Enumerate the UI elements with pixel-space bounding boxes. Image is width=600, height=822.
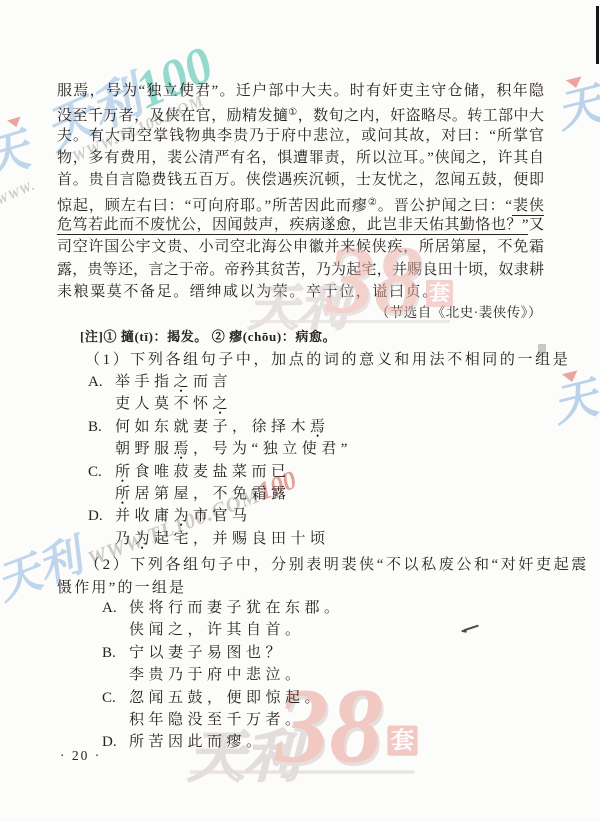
scanned-exam-page: 天利100 WWW.TL100.COM 天 WWW. 天利WWW.TL100.C…: [0, 0, 600, 822]
option-text: 乃为起宅，并赐良田十顷: [115, 531, 330, 547]
option-d-line2: 乃为起宅，并赐良田十顷: [88, 528, 352, 550]
tianli-tao-badge: 套: [387, 726, 417, 756]
tianli-url-text: WWW.: [0, 176, 41, 209]
option-d-line1: D.并收庸为市官马: [88, 505, 352, 527]
option-text: 并收庸为市官马: [115, 508, 252, 524]
option-text: 吏人莫不怀之: [115, 396, 232, 412]
option-label: A.: [102, 597, 129, 619]
option-text: 朝野服焉，号为“独立使君”: [115, 441, 352, 457]
option-label: A.: [88, 371, 115, 393]
passage-line: 露，贵等还，言之于帝。帝矜其贫苦，乃为起宅，并赐良田十顷，奴隶耕: [57, 259, 544, 281]
option-label: D.: [102, 731, 129, 753]
tianli-watermark-right-edge: 天: [549, 68, 600, 141]
passage-line: 司空许国公宇文贵、小司空北海公申徽并来候侠疾，所居第屋，不免霜: [57, 236, 544, 258]
option-text: 侠将行而妻子犹在东郡。: [129, 600, 344, 616]
passage-line: 服焉，号为“独立使君”。迁户部中大夫。时有奸吏主守仓储，积年隐: [57, 80, 544, 102]
passage-line: 没至千万者，及侠在官，励精发擿①，数旬之内，奸盗略尽。转工部中大: [57, 102, 544, 124]
option-c-line1: C.忽闻五鼓，便即惊起。: [102, 687, 344, 709]
question-2-options: A.侠将行而妻子犹在东郡。侠闻之，许其自首。B.宁以妻子易图也？李贵乃于府中悲泣…: [102, 597, 344, 754]
option-text: 积年隐没至千万者。: [129, 712, 305, 728]
passage-line: 夫。有大司空掌钱物典李贵乃于府中悲泣，或问其故，对曰：“所掌官: [57, 125, 544, 147]
tianli-watermark-right-edge: 天: [545, 362, 600, 435]
option-a-line1: A.侠将行而妻子犹在东郡。: [102, 597, 344, 619]
passage-source: （节选自《北史·裴侠传》）: [376, 301, 542, 321]
question-2-stem-line1: （2）下列各组句子中，分别表明裴侠“不以私废公和“对奸吏起震: [85, 553, 589, 574]
passage-line: 危笃若此而不废忧公，因闻鼓声，疾病遂愈，此岂非天佑其勤恪也？”又: [57, 214, 544, 236]
classical-passage: 服焉，号为“独立使君”。迁户部中大夫。时有奸吏主守仓储，积年隐没至千万者，及侠在…: [57, 80, 544, 303]
option-label: C.: [102, 687, 129, 709]
tianli-triangle-icon: [562, 370, 580, 384]
tianli-watermark-left-edge: 天 WWW.: [0, 113, 41, 206]
option-b-line2: 李贵乃于府中悲泣。: [102, 664, 344, 686]
passage-line: 物，多有费用，裴公清严有名，惧遭罪责，所以泣耳。”侠闻之，许其自: [57, 147, 544, 169]
tianli-logo-text: 天利: [0, 532, 89, 609]
option-b-line2: 朝野服焉，号为“独立使君”: [88, 438, 352, 460]
footnote: [注]① 擿(tī)：揭发。 ② 瘳(chōu)：病愈。: [80, 326, 336, 345]
passage-line: 首。贵自言隐费钱五百万。侠偿遇疾沉顿，士友忧之，忽闻五鼓，便即: [57, 169, 544, 191]
option-a-line2: 吏人莫不怀之: [88, 393, 352, 415]
option-label: B.: [88, 416, 115, 438]
page-number: · 20 ·: [60, 748, 101, 764]
tianli-logo-text: 天: [0, 124, 35, 186]
scan-artifact-line: [596, 6, 599, 64]
option-c-line1: C.所食唯菽麦盐菜而已: [88, 461, 352, 483]
option-text: 所居第屋，不免霜露: [115, 486, 291, 502]
option-label: D.: [88, 505, 115, 527]
option-text: 所苦因此而瘳。: [129, 734, 266, 750]
question-1-stem: （1）下列各组句子中，加点的词的意义和用法不相同的一组是: [85, 348, 570, 369]
option-text: 忽闻五鼓，便即惊起。: [129, 690, 324, 706]
option-text: 何如东就妻子，徐择木焉: [115, 419, 330, 435]
option-c-line2: 积年隐没至千万者。: [102, 709, 344, 731]
watermark-underline: [190, 770, 414, 773]
question-2-stem-line2: 慑作用”的一组是: [57, 576, 186, 597]
option-label: B.: [102, 642, 129, 664]
option-a-line2: 侠闻之，许其自首。: [102, 619, 344, 641]
question-1-options: A.举手指之而言吏人莫不怀之B.何如东就妻子，徐择木焉朝野服焉，号为“独立使君”…: [88, 371, 352, 550]
pen-mark: [463, 625, 479, 632]
option-text: 所食唯菽麦盐菜而已: [115, 464, 291, 480]
passage-line: 惊起，顾左右曰：“可向府耶。”所苦因此而瘳②。晋公护闻之曰：“裴侠: [57, 192, 544, 214]
option-text: 李贵乃于府中悲泣。: [129, 667, 305, 683]
tianli-triangle-icon: [566, 76, 584, 90]
option-text: 举手指之而言: [115, 374, 232, 390]
option-c-line2: 所居第屋，不免霜露: [88, 483, 352, 505]
option-b-line1: B.何如东就妻子，徐择木焉: [88, 416, 352, 438]
option-label: C.: [88, 461, 115, 483]
option-a-line1: A.举手指之而言: [88, 371, 352, 393]
option-text: 侠闻之，许其自首。: [129, 622, 305, 638]
option-d-line1: D.所苦因此而瘳。: [102, 731, 344, 753]
tianli-triangle-icon: [7, 117, 23, 130]
option-text: 宁以妻子易图也？: [129, 645, 285, 661]
option-b-line1: B.宁以妻子易图也？: [102, 642, 344, 664]
